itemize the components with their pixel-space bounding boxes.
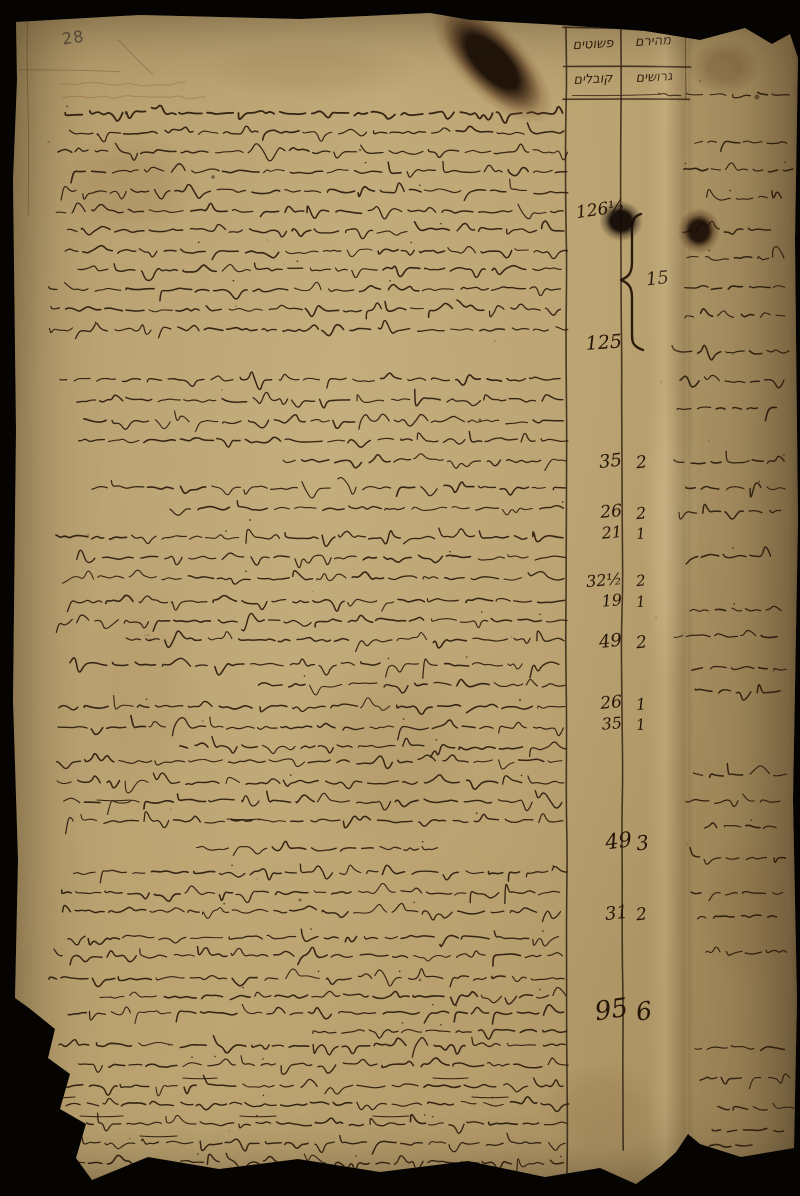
stroke xyxy=(312,991,340,997)
stroke xyxy=(80,1116,123,1117)
stroke xyxy=(460,112,492,120)
stroke xyxy=(370,1119,405,1126)
stroke xyxy=(426,1030,450,1032)
stroke xyxy=(531,978,564,980)
stroke xyxy=(344,310,362,311)
stroke xyxy=(412,1038,427,1058)
stroke xyxy=(357,801,391,810)
stroke xyxy=(743,892,766,894)
stroke xyxy=(246,779,280,784)
stroke xyxy=(174,620,210,622)
stroke xyxy=(336,210,362,213)
stroke xyxy=(272,1045,283,1046)
stroke xyxy=(90,111,123,121)
stroke xyxy=(75,910,104,912)
ink-speck xyxy=(440,1024,442,1026)
stroke xyxy=(144,801,174,809)
stroke xyxy=(294,282,321,290)
stroke xyxy=(333,1102,352,1105)
stroke xyxy=(768,170,777,172)
stroke xyxy=(402,1029,422,1032)
stroke xyxy=(504,578,521,581)
stroke xyxy=(64,798,80,803)
stroke xyxy=(232,978,257,986)
stroke xyxy=(324,937,338,939)
stroke xyxy=(540,506,564,509)
stroke xyxy=(107,781,119,788)
stroke xyxy=(758,257,769,260)
stroke xyxy=(467,1122,484,1124)
stroke xyxy=(204,328,223,330)
stroke xyxy=(376,618,406,621)
stroke xyxy=(115,230,144,233)
stroke xyxy=(317,724,335,728)
stroke xyxy=(84,802,100,803)
stroke xyxy=(150,1101,174,1105)
stroke xyxy=(530,377,560,380)
stroke xyxy=(303,132,332,141)
stroke xyxy=(505,884,535,903)
stroke xyxy=(274,951,294,956)
stroke xyxy=(258,578,290,580)
stroke xyxy=(147,379,161,382)
stroke xyxy=(231,948,268,956)
stroke xyxy=(69,1143,77,1146)
stroke xyxy=(271,488,298,490)
table-header-small-col: פשוטים xyxy=(567,36,620,54)
stroke xyxy=(428,150,458,158)
stroke xyxy=(201,1012,238,1015)
stroke xyxy=(471,577,498,580)
stroke xyxy=(494,683,522,687)
stroke xyxy=(350,328,371,330)
stroke xyxy=(474,978,487,981)
ink-speck xyxy=(519,699,522,702)
stroke xyxy=(508,664,522,669)
stroke xyxy=(202,908,228,919)
stroke xyxy=(296,795,314,802)
stroke xyxy=(479,1029,515,1039)
stroke xyxy=(353,379,375,381)
stroke xyxy=(178,326,199,331)
stroke xyxy=(272,600,286,602)
stroke xyxy=(66,818,74,834)
stroke xyxy=(432,128,450,133)
stroke xyxy=(533,532,563,542)
stroke xyxy=(765,380,784,388)
stroke xyxy=(479,211,512,213)
stroke xyxy=(174,816,201,822)
stroke xyxy=(40,1097,75,1098)
stroke xyxy=(340,1136,367,1144)
stroke xyxy=(62,890,71,893)
stroke xyxy=(548,761,562,763)
stroke xyxy=(718,1107,729,1110)
stroke xyxy=(750,351,762,354)
ink-speck xyxy=(95,321,97,323)
stroke xyxy=(264,170,285,173)
stroke xyxy=(165,631,201,647)
stroke xyxy=(492,976,505,978)
stroke xyxy=(429,112,454,119)
stroke xyxy=(83,191,106,199)
stroke xyxy=(51,307,60,309)
stroke xyxy=(750,766,769,774)
stroke xyxy=(394,415,428,426)
stroke xyxy=(546,308,561,315)
stroke xyxy=(445,578,465,580)
stroke xyxy=(354,113,367,116)
stroke xyxy=(432,720,457,729)
stroke xyxy=(105,308,123,311)
stroke xyxy=(181,438,214,441)
stroke xyxy=(57,781,71,784)
stroke xyxy=(345,937,356,942)
stroke xyxy=(392,903,418,912)
stroke xyxy=(473,638,507,641)
stroke xyxy=(139,596,167,603)
stroke xyxy=(448,247,476,253)
stroke xyxy=(141,556,158,558)
stroke xyxy=(232,909,268,913)
stroke xyxy=(384,685,408,693)
stroke xyxy=(761,313,771,317)
stroke xyxy=(142,1139,159,1144)
stroke xyxy=(241,1056,254,1066)
stroke xyxy=(172,164,185,172)
stroke xyxy=(217,439,240,448)
stroke xyxy=(440,936,458,947)
stroke xyxy=(359,974,372,978)
stroke xyxy=(293,571,313,580)
stroke xyxy=(726,858,739,859)
stroke xyxy=(153,773,179,783)
stroke xyxy=(139,249,157,257)
stroke xyxy=(422,911,452,920)
stroke xyxy=(733,1107,748,1111)
stroke xyxy=(473,663,503,666)
stroke xyxy=(746,858,766,860)
stroke xyxy=(328,440,345,442)
stroke xyxy=(457,300,484,310)
stroke xyxy=(128,209,143,212)
stroke xyxy=(736,692,751,700)
stroke xyxy=(369,1030,398,1038)
stroke xyxy=(732,608,741,611)
stroke xyxy=(481,251,512,258)
stroke xyxy=(448,461,481,468)
stroke xyxy=(148,487,174,489)
stroke xyxy=(542,221,564,231)
stroke xyxy=(274,911,287,913)
stroke xyxy=(750,287,771,288)
stroke xyxy=(229,309,262,312)
stroke xyxy=(125,780,148,793)
stroke xyxy=(378,249,398,254)
ink-speck xyxy=(784,161,786,163)
stroke xyxy=(542,684,564,687)
stroke xyxy=(298,947,327,964)
stroke xyxy=(502,706,533,709)
ink-speck xyxy=(396,847,398,849)
stroke xyxy=(429,1123,444,1125)
stroke xyxy=(61,977,88,979)
stroke xyxy=(274,556,289,557)
stroke xyxy=(459,747,495,750)
ink-speck xyxy=(755,95,760,100)
amount-main: 32½ xyxy=(575,569,622,592)
stroke xyxy=(281,1104,307,1106)
stroke xyxy=(137,705,149,707)
stroke xyxy=(77,615,89,623)
stroke xyxy=(500,487,528,495)
stroke xyxy=(155,705,182,707)
stroke xyxy=(423,577,438,579)
stroke xyxy=(401,1143,423,1145)
stroke xyxy=(315,1142,334,1152)
stroke xyxy=(207,1154,219,1164)
stroke xyxy=(153,621,170,631)
ink-speck xyxy=(147,634,149,636)
ink-speck xyxy=(202,720,204,722)
stroke xyxy=(59,706,78,710)
stroke xyxy=(725,511,743,519)
stroke xyxy=(322,910,348,917)
stroke xyxy=(415,222,450,231)
stroke xyxy=(81,815,97,821)
stroke xyxy=(283,325,318,331)
stroke xyxy=(213,1036,246,1053)
stroke xyxy=(303,378,319,380)
stroke xyxy=(135,1011,171,1023)
stroke xyxy=(543,1030,567,1032)
ink-speck xyxy=(359,149,361,151)
stroke xyxy=(341,663,354,666)
stroke xyxy=(485,438,517,442)
stroke xyxy=(733,408,742,410)
stroke xyxy=(226,727,254,730)
ink-speck xyxy=(794,1101,796,1103)
stroke xyxy=(178,794,206,801)
stroke xyxy=(326,781,362,788)
stroke xyxy=(56,619,72,632)
stroke xyxy=(450,976,468,987)
stroke xyxy=(230,1102,242,1104)
stroke xyxy=(180,746,188,748)
stroke xyxy=(507,1043,535,1046)
stroke xyxy=(731,1046,754,1050)
stroke xyxy=(327,978,352,984)
ink-speck xyxy=(197,1153,199,1155)
stroke xyxy=(373,991,409,998)
stroke xyxy=(369,455,390,463)
stroke xyxy=(176,309,199,311)
stroke xyxy=(412,871,438,874)
ink-speck xyxy=(75,1134,77,1136)
ink-speck xyxy=(310,928,312,930)
stroke xyxy=(305,306,338,317)
stroke xyxy=(252,190,280,193)
stroke xyxy=(200,1122,234,1126)
stroke xyxy=(382,865,404,874)
stroke xyxy=(92,537,104,539)
stroke xyxy=(162,578,181,580)
stroke xyxy=(398,760,412,762)
stroke xyxy=(27,14,28,215)
stroke xyxy=(535,791,562,808)
stroke xyxy=(62,96,205,99)
ink-speck xyxy=(419,184,421,186)
stroke xyxy=(772,191,781,198)
stroke xyxy=(403,782,417,785)
stroke xyxy=(290,148,310,151)
stroke xyxy=(124,620,148,628)
stroke xyxy=(190,976,226,980)
stroke xyxy=(222,265,250,272)
stroke xyxy=(322,325,344,336)
stroke xyxy=(100,996,124,998)
stroke xyxy=(378,820,413,822)
stroke xyxy=(312,111,349,117)
stroke xyxy=(701,309,713,316)
stroke xyxy=(88,1162,102,1163)
stroke xyxy=(514,638,530,643)
stroke xyxy=(726,163,748,170)
stroke xyxy=(695,1048,702,1049)
stroke xyxy=(496,598,510,601)
stroke xyxy=(500,747,523,749)
stroke xyxy=(267,935,296,938)
stroke xyxy=(146,639,159,641)
stroke xyxy=(541,439,568,442)
stroke xyxy=(179,113,202,114)
stroke xyxy=(57,761,81,768)
stroke xyxy=(356,640,392,652)
stroke xyxy=(461,1102,476,1104)
ink-speck xyxy=(231,864,233,866)
ink-speck xyxy=(263,1095,265,1097)
stroke xyxy=(84,706,108,709)
stroke xyxy=(704,375,719,380)
stroke xyxy=(227,328,257,331)
stroke xyxy=(119,40,153,75)
stroke xyxy=(70,658,107,672)
ink-speck xyxy=(235,305,237,307)
amount-main: 19 xyxy=(575,590,622,613)
stroke xyxy=(251,557,269,565)
stroke xyxy=(354,905,387,914)
stroke xyxy=(285,439,322,442)
stroke xyxy=(126,397,152,400)
stroke xyxy=(415,389,441,405)
stroke xyxy=(289,1046,309,1047)
stroke xyxy=(135,662,155,665)
stroke xyxy=(105,1143,135,1149)
stroke xyxy=(385,302,406,312)
stroke xyxy=(189,759,223,761)
stroke xyxy=(275,415,306,423)
ink-speck xyxy=(233,280,235,282)
stroke xyxy=(97,132,120,141)
stroke xyxy=(544,1122,566,1125)
stroke xyxy=(508,168,528,176)
stroke xyxy=(224,126,259,134)
stroke xyxy=(307,206,329,218)
stroke xyxy=(361,662,380,665)
stroke xyxy=(508,555,528,558)
stroke xyxy=(242,601,267,610)
stroke xyxy=(88,938,119,945)
stroke xyxy=(515,249,529,251)
stroke xyxy=(100,395,123,402)
stroke xyxy=(521,434,535,442)
stroke xyxy=(357,756,392,768)
stroke xyxy=(98,576,124,578)
stroke xyxy=(412,507,447,510)
stroke xyxy=(523,1123,539,1124)
stroke xyxy=(269,305,302,309)
stroke xyxy=(181,249,206,253)
stroke xyxy=(292,400,315,407)
stroke xyxy=(323,250,341,251)
stroke xyxy=(166,1141,192,1143)
stroke xyxy=(534,727,564,735)
stroke xyxy=(774,1131,784,1132)
stroke xyxy=(492,287,526,290)
stroke xyxy=(107,1155,141,1167)
stroke xyxy=(191,937,223,938)
stroke xyxy=(272,841,306,850)
stroke xyxy=(171,601,207,610)
stroke xyxy=(372,1141,396,1154)
stroke xyxy=(721,141,740,151)
stroke xyxy=(759,196,768,197)
stroke xyxy=(533,170,552,172)
stroke xyxy=(470,892,498,903)
ink-speck xyxy=(539,614,541,616)
stroke xyxy=(490,306,504,317)
stroke xyxy=(352,269,377,278)
ink-speck xyxy=(299,899,302,902)
stroke xyxy=(491,911,504,913)
stroke xyxy=(497,132,524,134)
stroke xyxy=(253,392,288,404)
stroke xyxy=(260,705,287,711)
stroke xyxy=(120,1085,149,1088)
stroke xyxy=(547,620,568,622)
stroke xyxy=(165,127,193,132)
stroke xyxy=(765,407,776,420)
stroke xyxy=(443,755,468,762)
stroke xyxy=(389,151,423,155)
stroke xyxy=(517,1159,544,1171)
stroke xyxy=(733,94,751,97)
stroke xyxy=(188,910,199,912)
stroke xyxy=(242,796,259,806)
stroke xyxy=(318,1065,336,1073)
stroke xyxy=(457,223,475,230)
stroke xyxy=(451,329,473,331)
stroke xyxy=(242,745,257,748)
stroke xyxy=(388,162,401,173)
stroke xyxy=(510,908,536,913)
stroke xyxy=(163,658,191,666)
stroke xyxy=(202,995,223,998)
stroke xyxy=(284,621,311,627)
stroke xyxy=(698,407,711,409)
stroke xyxy=(283,460,295,462)
stroke xyxy=(542,911,560,921)
